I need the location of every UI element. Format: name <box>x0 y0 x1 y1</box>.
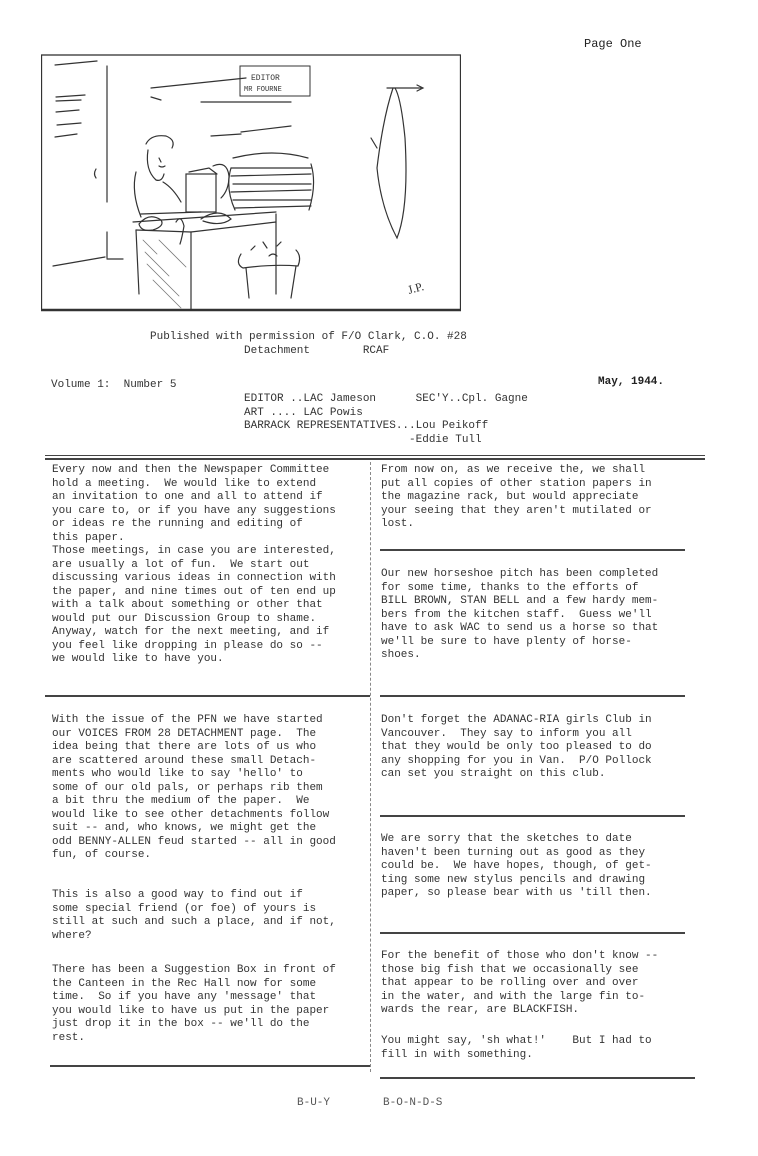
article-divider <box>380 695 685 697</box>
volume-number: Volume 1: Number 5 <box>51 379 176 391</box>
staff-line: EDITOR ..LAC Jameson SEC'Y..Cpl. Gagne <box>244 393 528 405</box>
publication-credit-line1: Published with permission of F/O Clark, … <box>150 331 758 343</box>
article-newspaper-committee: Every now and then the Newspaper Committ… <box>52 464 336 667</box>
staff-line: -Eddie Tull <box>244 434 482 446</box>
footer-bonds: B-O-N-D-S <box>383 1097 442 1109</box>
article-horseshoe-pitch: Our new horseshoe pitch has been complet… <box>381 568 658 663</box>
article-station-papers: From now on, as we receive the, we shall… <box>381 464 652 532</box>
article-special-friend: This is also a good way to find out if s… <box>52 889 336 943</box>
masthead-divider <box>45 458 705 460</box>
publication-credit-line2: Detachment RCAF <box>244 345 758 357</box>
article-adanac-ria: Don't forget the ADANAC-RIA girls Club i… <box>381 714 652 782</box>
staff-line: BARRACK REPRESENTATIVES...Lou Peikoff <box>244 420 488 432</box>
page-number-label: Page One <box>584 37 642 51</box>
cartoon-drawing: EDITOR MR FOURNE <box>41 54 461 314</box>
svg-text:MR FOURNE: MR FOURNE <box>244 86 282 94</box>
article-divider <box>50 1065 370 1067</box>
svg-text:J.P.: J.P. <box>406 279 425 297</box>
article-divider <box>380 549 685 551</box>
article-fill-in: You might say, 'sh what!' But I had to f… <box>381 1035 652 1062</box>
article-divider <box>380 1077 695 1079</box>
editor-cartoon: EDITOR MR FOURNE <box>41 54 461 312</box>
footer-buy: B-U-Y <box>297 1097 330 1109</box>
article-blackfish: For the benefit of those who don't know … <box>381 950 658 1018</box>
svg-text:EDITOR: EDITOR <box>251 74 280 83</box>
article-divider <box>380 932 685 934</box>
article-voices-from-28: With the issue of the PFN we have starte… <box>52 714 336 863</box>
column-divider <box>370 462 371 1072</box>
masthead-divider <box>45 455 705 456</box>
article-divider <box>45 695 370 697</box>
issue-date: May, 1944. <box>598 376 664 388</box>
article-suggestion-box: There has been a Suggestion Box in front… <box>52 964 336 1045</box>
article-divider <box>380 815 685 817</box>
article-sketches: We are sorry that the sketches to date h… <box>381 833 652 901</box>
staff-line: ART .... LAC Powis <box>244 407 363 419</box>
